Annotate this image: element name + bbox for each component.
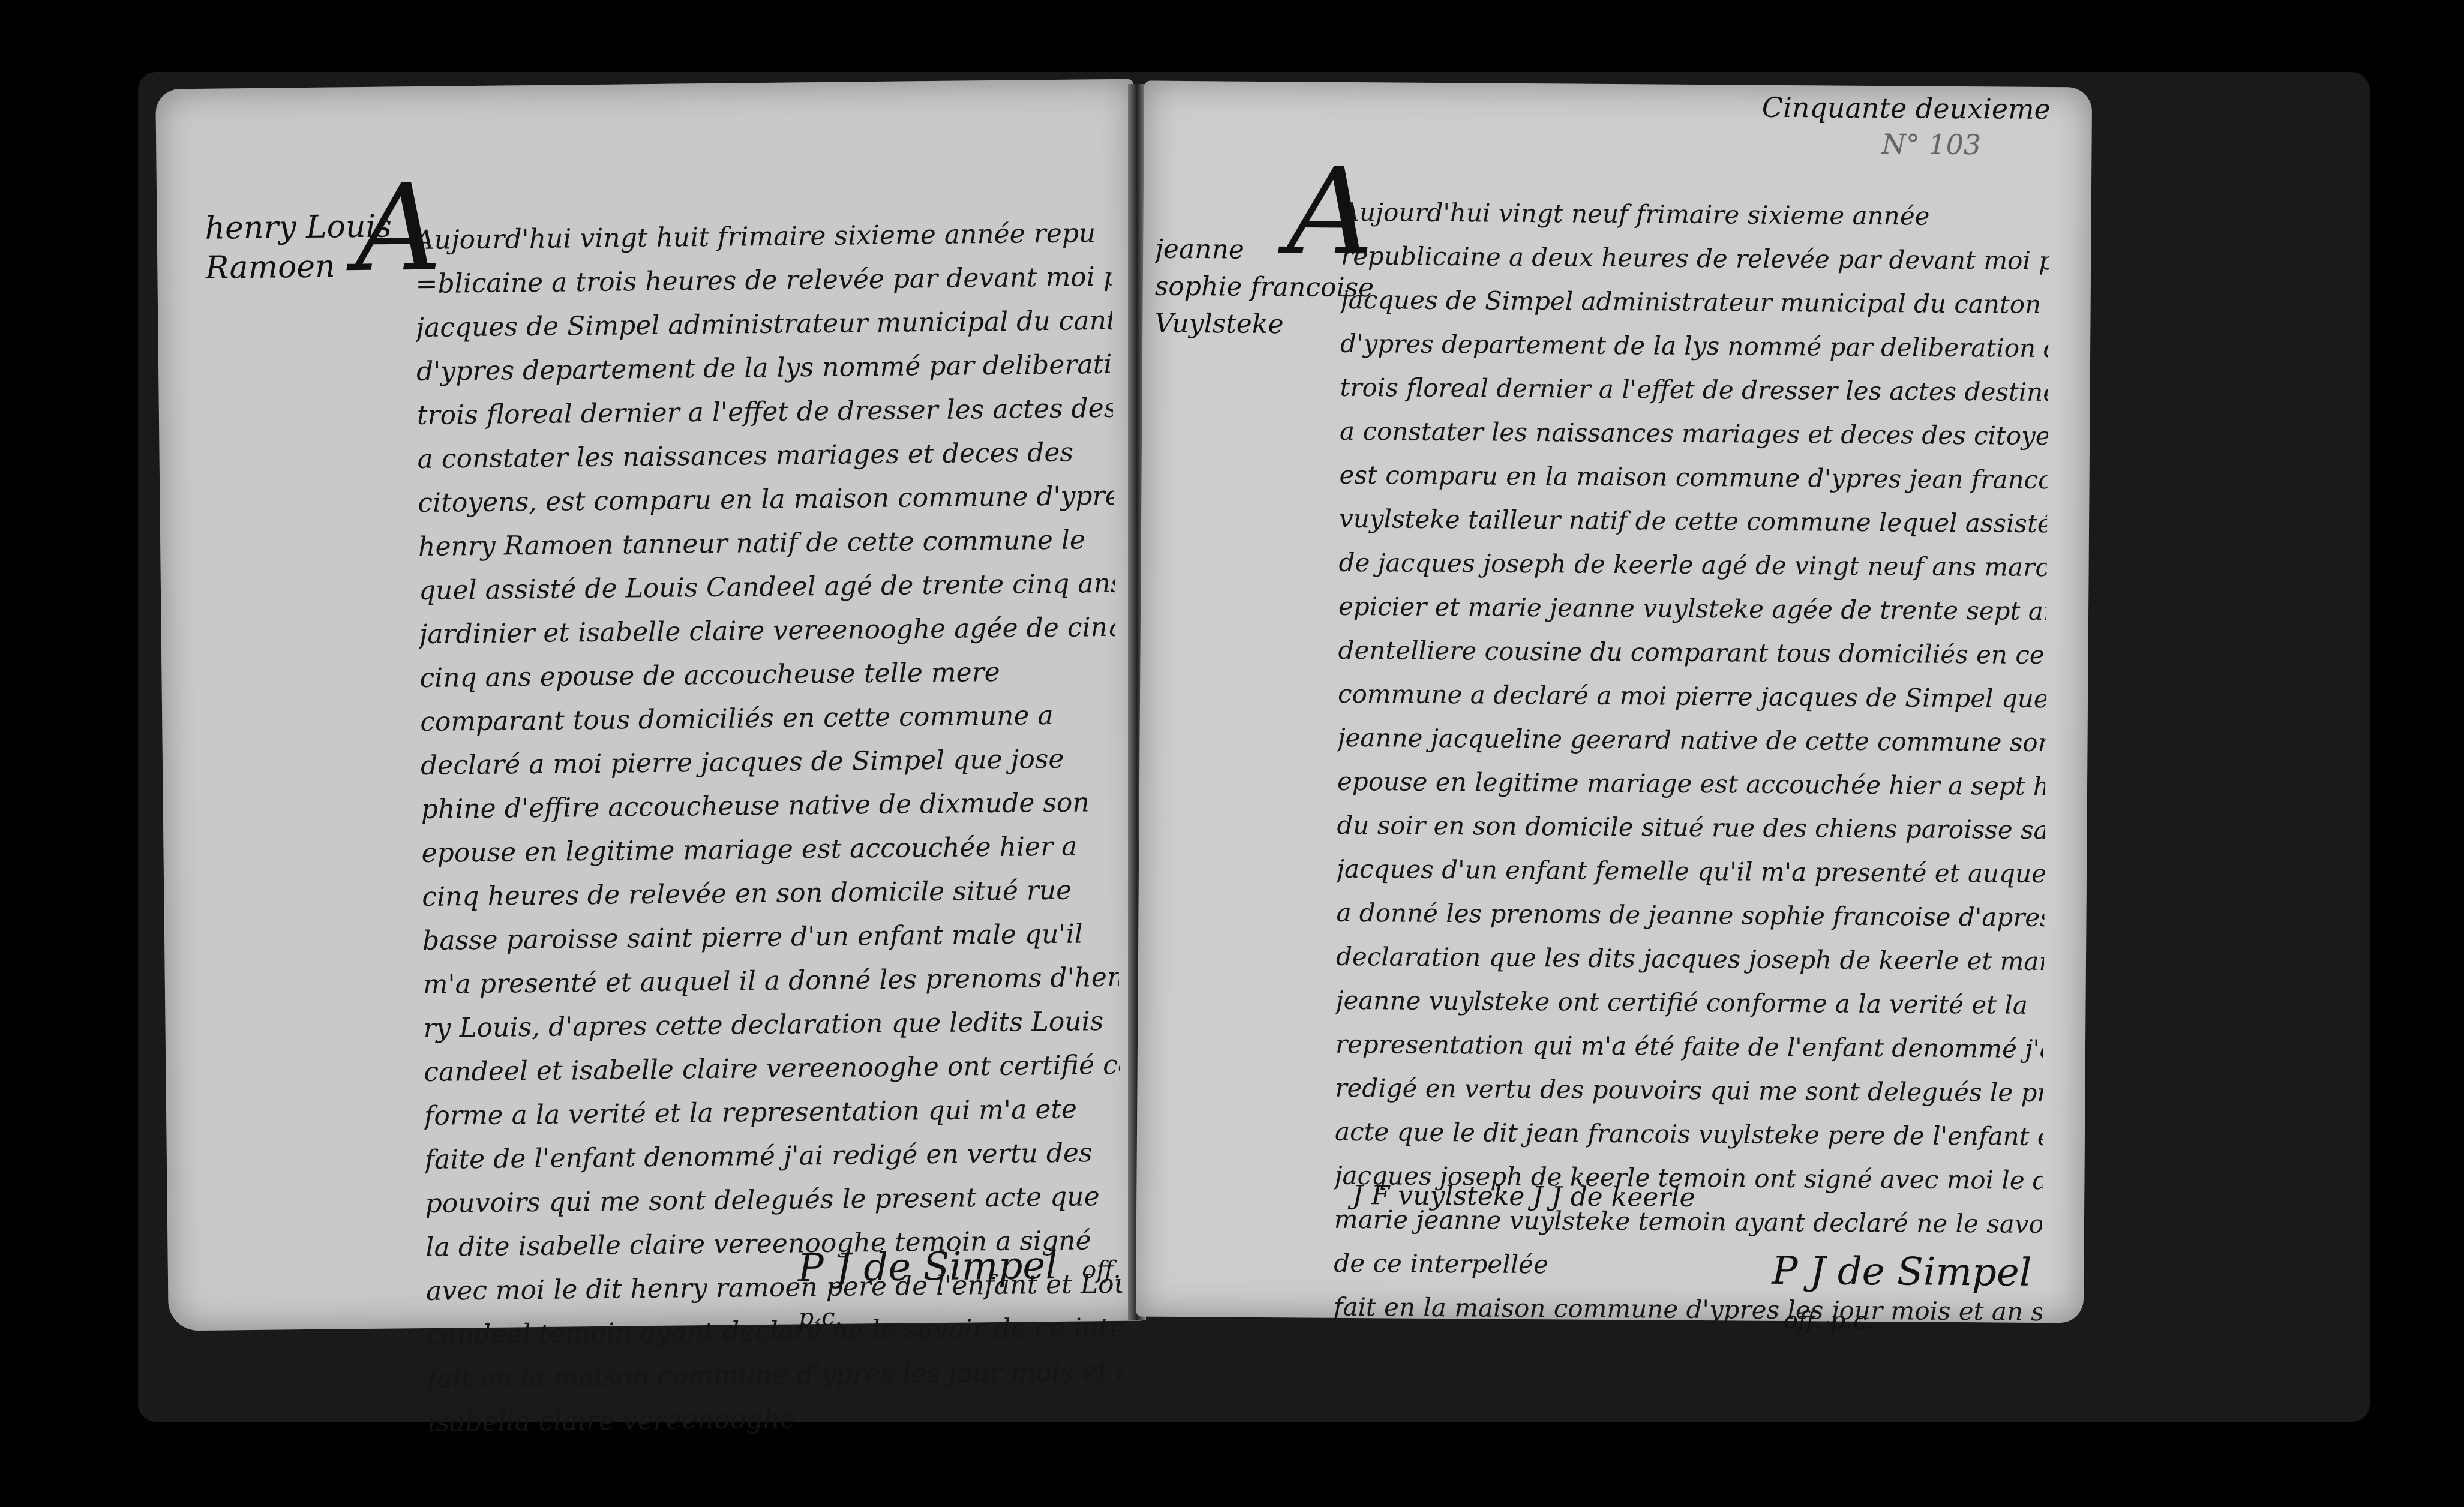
text-line: pouvoirs qui me sont delegués le present… — [425, 1175, 1121, 1226]
text-line: du soir en son domicile situé rue des ch… — [1337, 803, 2045, 852]
text-line: epicier et marie jeanne vuylsteke agée d… — [1338, 584, 2046, 633]
text-line: quel assisté de Louis Candeel agé de tre… — [419, 562, 1115, 613]
signature-text: P J de Simpel — [797, 1244, 1058, 1291]
archival-annotation: N° 103 — [1881, 128, 1981, 161]
text-line: comparant tous domiciliés en cette commu… — [420, 693, 1117, 744]
right-page: Cinquante deuxieme N° 103 jeanne sophie … — [1136, 81, 2092, 1323]
text-line: d'ypres departement de la lys nommé par … — [1340, 322, 2048, 370]
text-line: fait en la maison commune d'ypres les jo… — [427, 1350, 1123, 1401]
text-line: Aujourd'hui vingt neuf frimaire sixieme … — [1341, 190, 2049, 239]
text-line: acte que le dit jean francois vuylsteke … — [1335, 1110, 2043, 1158]
right-record-text: Aujourd'hui vingt neuf frimaire sixieme … — [1334, 190, 2049, 1334]
text-line: epouse en legitime mariage est accouchée… — [1337, 759, 2045, 808]
text-line: est comparu en la maison commune d'ypres… — [1339, 453, 2047, 502]
text-line: Aujourd'hui vingt huit frimaire sixieme … — [415, 211, 1111, 262]
text-line: ry Louis, d'apres cette declaration que … — [423, 999, 1120, 1050]
text-line: cinq heures de relevée en son domicile s… — [422, 868, 1118, 919]
text-line: declaration que les dits jacques joseph … — [1336, 935, 2044, 983]
text-line: jeanne vuylsteke ont certifié conforme a… — [1335, 978, 2043, 1027]
text-line: henry Ramoen tanneur natif de cette comm… — [418, 518, 1115, 569]
text-line: faite de l'enfant denommé j'ai redigé en… — [425, 1131, 1121, 1182]
text-line: jacques de Simpel administrateur municip… — [416, 299, 1112, 350]
text-line: forme a la verité et la representation q… — [424, 1087, 1121, 1138]
left-page: henry Louis Ramoen A Aujourd'hui vingt h… — [155, 79, 1147, 1331]
text-line: commune a declaré a moi pierre jacques d… — [1338, 672, 2046, 721]
official-signature: P J de Simpel off. p.c. — [1772, 1249, 2084, 1340]
text-line: dentelliere cousine du comparant tous do… — [1338, 628, 2046, 677]
text-line: jardinier et isabelle claire vereenooghe… — [419, 605, 1115, 656]
text-line: citoyens, est comparu en la maison commu… — [418, 474, 1114, 525]
signature-suffix: off. p.c. — [1784, 1307, 1875, 1335]
page-header: Cinquante deuxieme — [1762, 91, 2051, 125]
text-line: jeanne jacqueline geerard native de cett… — [1337, 716, 2045, 764]
text-line: redigé en vertu des pouvoirs qui me sont… — [1335, 1066, 2043, 1115]
text-line: epouse en legitime mariage est accouchée… — [421, 824, 1118, 875]
text-line: candeel et isabelle claire vereenooghe o… — [424, 1043, 1120, 1094]
text-line: =blicaine a trois heures de relevée par … — [415, 255, 1112, 306]
text-line: cinq ans epouse de accoucheuse telle mer… — [419, 649, 1116, 700]
text-line: vuylsteke tailleur natif de cette commun… — [1339, 497, 2047, 545]
text-line: a constater les naissances mariages et d… — [1340, 409, 2048, 458]
text-line: a constater les naissances mariages et d… — [417, 430, 1114, 481]
text-line: trois floreal dernier a l'effet de dress… — [417, 386, 1114, 437]
text-line: m'a presenté et auquel il a donné les pr… — [422, 956, 1119, 1007]
witness-signature: J J de keerle — [1532, 1181, 1695, 1213]
text-line: representation qui m'a été faite de l'en… — [1335, 1022, 2043, 1071]
text-line: d'ypres departement de la lys nommé par … — [416, 343, 1113, 394]
text-line: declaré a moi pierre jacques de Simpel q… — [421, 737, 1117, 788]
text-line: trois floreal dernier a l'effet de dress… — [1340, 365, 2048, 414]
official-signature: P J de Simpel off. p.c. — [797, 1242, 1147, 1335]
text-line: basse paroisse saint pierre d'un enfant … — [422, 912, 1119, 963]
text-line: isabella claire vereenooghe — [427, 1394, 1124, 1445]
text-line: phine d'effire accoucheuse native de dix… — [421, 780, 1117, 831]
text-line: a donné les prenoms de jeanne sophie fra… — [1336, 891, 2044, 939]
text-line: jacques d'un enfant femelle qu'il m'a pr… — [1337, 847, 2045, 896]
text-line: republicaine a deux heures de relevée pa… — [1341, 234, 2049, 283]
text-line: de jacques joseph de keerle agé de vingt… — [1338, 541, 2046, 589]
witness-signature: J F vuylsteke — [1352, 1180, 1525, 1212]
text-line: jacques de Simpel administrateur municip… — [1340, 278, 2048, 326]
signature-text: P J de Simpel — [1772, 1249, 2031, 1295]
